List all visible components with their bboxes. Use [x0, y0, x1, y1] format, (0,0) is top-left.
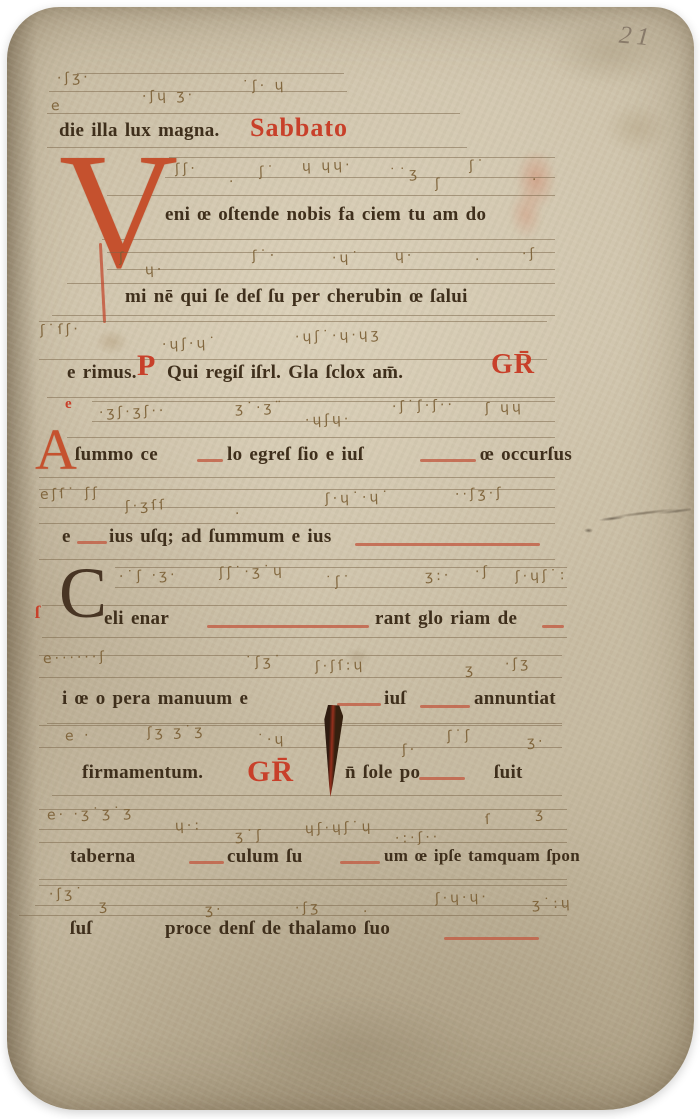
staff-ruling-line [165, 177, 555, 178]
neume-cluster: ʃʃ˙·ʒ˙ɥ [219, 564, 285, 580]
chant-text: eni œ oſtende nobis fa ciem tu am do [165, 205, 486, 226]
chant-text: annuntiat [474, 689, 556, 710]
neume-cluster: ·ʃʒ· [57, 70, 91, 85]
neume-cluster: ··ʃʒ·ʃ [455, 486, 504, 502]
neume-cluster: · [532, 173, 540, 187]
staff-ruling-line [39, 885, 567, 886]
chant-text: eli enar [104, 609, 169, 630]
neume-cluster: ʒ˙:ɥ [532, 896, 573, 911]
staff-ruling-line [39, 507, 555, 508]
neume-cluster: · [235, 507, 243, 521]
staff-ruling-line [52, 315, 555, 316]
red-filler-line [542, 625, 564, 628]
neume-cluster: ʒ:· [425, 569, 452, 584]
neume-cluster: ʒ˙·ʒ¨ [235, 400, 285, 416]
staff-ruling-line [42, 605, 567, 606]
rubric-text: P [137, 351, 156, 381]
neume-cluster: ·ʃ [475, 565, 491, 580]
red-bleed-smudge [507, 153, 555, 241]
neume-cluster: ɥ· [145, 263, 165, 278]
staff-ruling-line [39, 321, 547, 322]
chant-text: proce denſ de thalamo ſuo [165, 919, 390, 940]
neume-cluster: ·:·ʃ·· [395, 830, 441, 846]
red-filler-line [420, 459, 476, 462]
neume-cluster: ·ʃʒ˙ [49, 886, 86, 901]
staff-ruling-line [115, 567, 567, 568]
staff-ruling-line [77, 73, 344, 74]
neume-cluster: ʃ˙· [252, 249, 278, 264]
red-filler-line [189, 861, 224, 864]
folio-number: 21 [618, 22, 655, 53]
red-filler-line [197, 459, 223, 462]
staff-ruling-line [47, 723, 562, 724]
chant-text: i œ o pera manuum e [62, 689, 248, 710]
illuminated-initial-i [320, 705, 343, 798]
chant-text: Qui regiſ iſrl. Gla ſclox am̄. [167, 363, 403, 384]
neume-cluster: ·ɥʃ·ɥ˙ [162, 336, 219, 352]
neume-cluster: ʃ·ɥ·ɥ· [435, 890, 489, 906]
neume-cluster: ʃ· [402, 743, 418, 758]
chant-text: lo egreſ ſio e iuſ [227, 445, 364, 466]
staff-ruling-line [107, 269, 555, 270]
neume-cluster: ʒ [465, 663, 477, 677]
neume-cluster: ʒ [535, 807, 547, 821]
chant-text: e rimus. [67, 363, 137, 384]
chant-text: ſummo ce [75, 445, 158, 466]
neume-cluster: ʃ [435, 177, 443, 191]
staff-ruling-line [67, 283, 555, 284]
red-filler-line [419, 777, 465, 780]
staff-ruling-line [39, 677, 562, 678]
neume-cluster: ·ʃʒ [505, 657, 532, 672]
staff-ruling-line [39, 477, 555, 478]
neume-cluster: ˙˙ʒ [389, 166, 421, 181]
illuminated-initial: C [59, 565, 107, 623]
staff-ruling-line [39, 829, 567, 830]
neume-cluster: ʃ˙ [469, 159, 487, 174]
manuscript-scan: { "page": { "number": "21", "colors": { … [0, 0, 700, 1119]
neume-cluster: ·ʃʒ [295, 901, 322, 916]
staff-ruling-line [39, 842, 567, 843]
rubric-text: GR̄ [491, 351, 535, 379]
staff-ruling-line [39, 655, 562, 656]
chant-text: ius uſq; ad ſummum e ius [109, 527, 332, 548]
ink-scratch-mark [599, 503, 692, 524]
neume-cluster: e· ·ʒ˙ʒ˙ʒ [47, 805, 135, 822]
rubric-text: Sabbato [250, 115, 348, 141]
neume-cluster: ʒ· [527, 735, 546, 750]
rubric-text: GR̄ [247, 757, 294, 787]
neume-cluster: ʃ·ɥ˙·ɥ˙ [325, 490, 392, 506]
staff-ruling-line [19, 915, 567, 916]
chant-text: rant glo riam de [375, 609, 517, 630]
neume-cluster: ˙ʃ· ɥ [242, 78, 287, 94]
neume-cluster: ʃ˙ [259, 165, 277, 180]
neume-cluster: e [51, 99, 63, 113]
neume-cluster: ·ʒʃ·ʒʃ·· [99, 404, 167, 420]
chant-text: taberna [70, 847, 135, 868]
staff-ruling-line [52, 795, 562, 796]
neume-cluster: ˙ʃʒ˙ [245, 654, 284, 669]
neume-cluster: ·ʃ˙ʃ·ʃ·· [392, 398, 455, 414]
staff-ruling-line [39, 879, 567, 880]
ink-scratch-dot [584, 528, 593, 533]
neume-cluster: ʃ·ɥʃ˙: [515, 568, 568, 584]
neume-cluster: ʃ·ʒſſ [125, 498, 168, 513]
neume-cluster: ɥʃ·ɥʃ˙ɥ [305, 820, 374, 836]
neume-cluster: ʃʃ· [175, 162, 198, 177]
neume-cluster: ʃ ɥɥ [485, 400, 524, 415]
parchment-stain [95, 329, 129, 355]
chant-text: culum ſu [227, 847, 303, 868]
chant-text: œ occurſus [480, 445, 572, 466]
red-filler-line [337, 703, 381, 706]
neume-cluster: ʒ˙ʃ [235, 829, 264, 844]
neume-cluster: ·ɥ˙ [332, 250, 362, 265]
chant-text: um œ ipſe tamquam ſpon [384, 847, 580, 866]
staff-ruling-line [169, 157, 555, 158]
neume-cluster: · [475, 253, 483, 267]
neume-cluster: ʒ· [205, 903, 224, 918]
neume-cluster: ʃ˙ſʃ· [40, 322, 81, 337]
neume-cluster: ſ [485, 813, 493, 827]
red-filler-line [207, 625, 369, 628]
parchment-page: 21 ·ʃʒ·e·ʃɥ ʒ·˙ʃ· ɥdie illa lux magna.Sa… [7, 7, 694, 1110]
red-filler-line [420, 705, 470, 708]
neume-cluster: · [363, 905, 371, 919]
neume-cluster: ·ʃɥ ʒ· [142, 88, 195, 104]
neume-cluster: ·ʃ [522, 247, 538, 262]
neume-cluster: e······ʃ [43, 650, 107, 666]
red-filler-line [77, 541, 107, 544]
neume-cluster: ·ɥʃɥ· [305, 412, 352, 428]
chant-text: ſuit [494, 763, 523, 784]
staff-ruling-line [39, 523, 555, 524]
red-filler-line [444, 937, 539, 940]
staff-ruling-line [39, 747, 562, 748]
red-filler-line [340, 861, 380, 864]
neume-cluster: ʃ·ʃſ:ɥ [315, 658, 366, 674]
parchment-stain [237, 997, 477, 1097]
chant-text: ſuſ [70, 919, 92, 940]
chant-text: iuſ [384, 689, 406, 710]
staff-ruling-line [67, 437, 555, 438]
staff-ruling-line [39, 359, 547, 360]
neume-cluster: ·ɥʃ˙·ɥ·ɥʒ [295, 327, 382, 344]
neume-cluster: ɥ· [395, 249, 415, 264]
chant-text: firmamentum. [82, 763, 203, 784]
staff-ruling-line [39, 559, 555, 560]
neume-cluster: ɥ ɥɥ· [302, 158, 353, 174]
neume-cluster: ʃ˙ʃ [447, 729, 473, 744]
neume-cluster: e · [65, 729, 92, 744]
parchment-stain [605, 103, 669, 153]
neume-cluster: ·˙ʃ ·ʒ· [119, 568, 178, 584]
staff-ruling-line [42, 637, 567, 638]
staff-ruling-line [49, 91, 347, 92]
staff-ruling-line [47, 397, 555, 398]
rubric-text: e [65, 397, 73, 412]
neume-cluster: ˙·ɥ [257, 732, 287, 747]
chant-text: e [62, 527, 71, 548]
red-filler-line [355, 543, 540, 546]
neume-cluster: ˙ʃ˙ [325, 575, 353, 590]
neume-cluster: ʃ [119, 251, 127, 265]
chant-text: n̄ ſole po [345, 763, 420, 784]
rubric-text: ſ [35, 603, 41, 621]
staff-ruling-line [39, 725, 562, 726]
chant-text: mi nē qui ſe deſ ſu per cherubin œ ſalui [125, 287, 468, 308]
neume-cluster: ʒ [99, 899, 111, 913]
neume-cluster: · [229, 175, 237, 189]
neume-cluster: ɥ·: [175, 819, 203, 834]
illuminated-initial: A [35, 427, 77, 473]
neume-cluster: ʃʒ ʒ˙ʒ [147, 724, 206, 740]
neume-cluster: eʃſ˙ ʃʃ [40, 486, 101, 502]
